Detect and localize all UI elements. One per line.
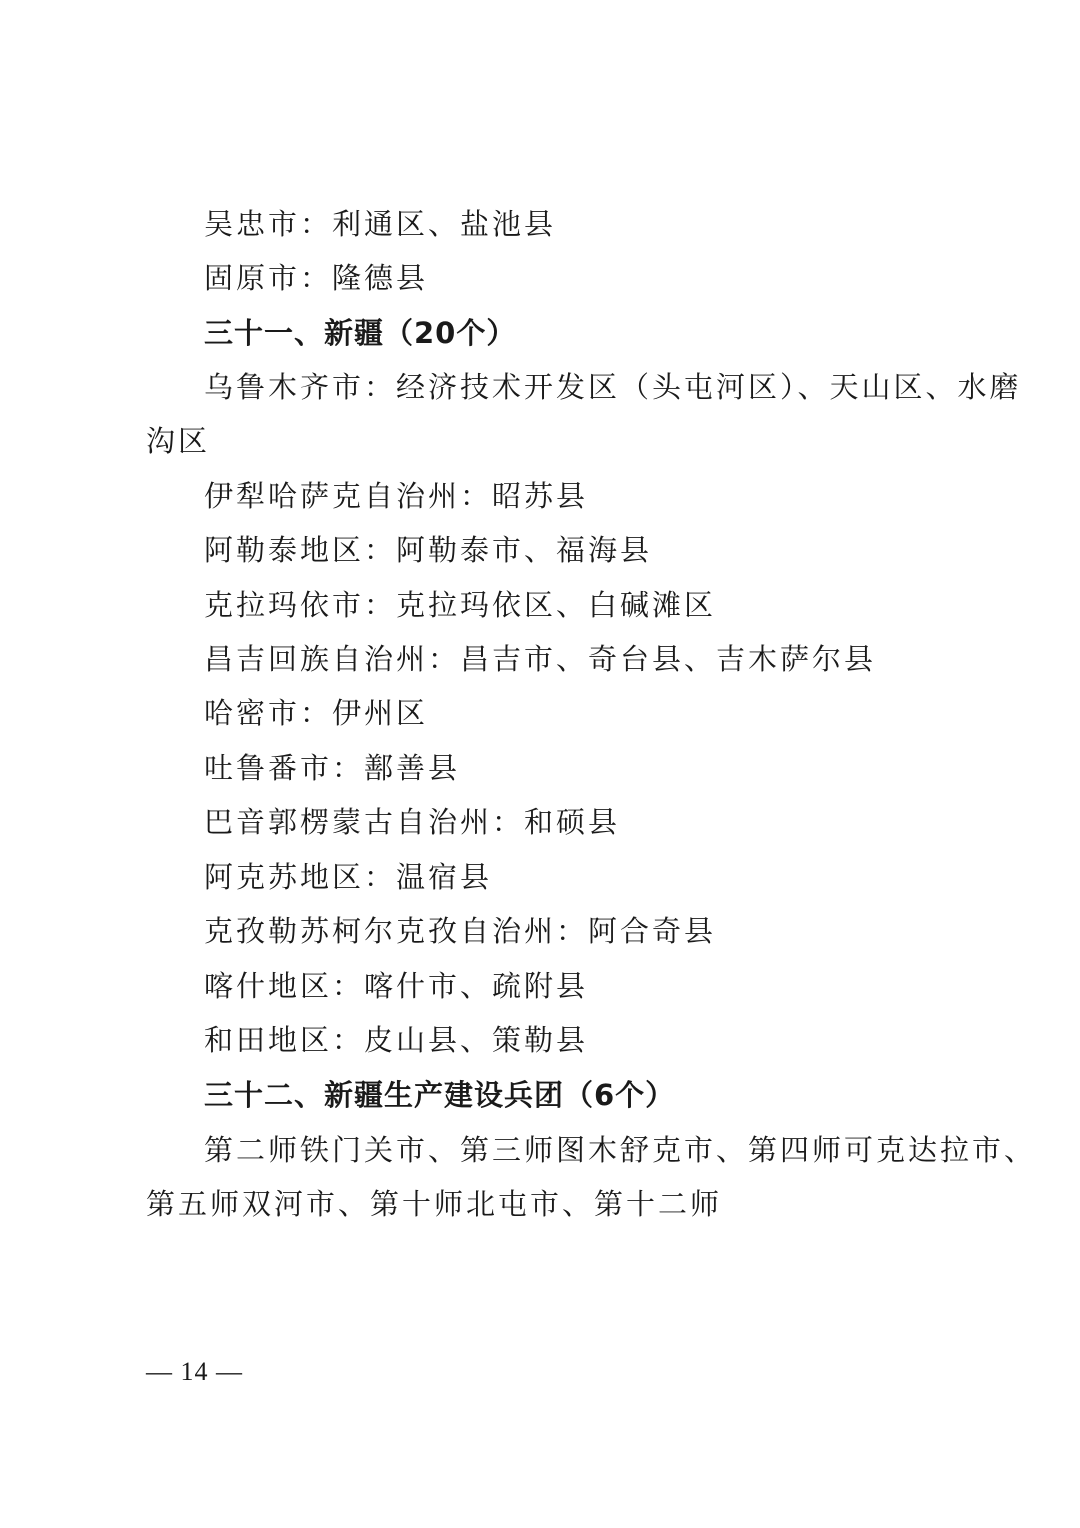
section-heading-xinjiang: 三十一、新疆（20个）: [204, 316, 1014, 350]
list-item-kashgar: 喀什地区：喀什市、疏附县: [204, 969, 1014, 1003]
list-item-aksu: 阿克苏地区：温宿县: [204, 860, 1014, 894]
list-item-xpcc-divisions-continuation: 第五师双河市、第十师北屯市、第十二师: [146, 1187, 956, 1221]
list-item-ili: 伊犁哈萨克自治州：昭苏县: [204, 479, 1014, 513]
list-item-hami: 哈密市：伊州区: [204, 696, 1014, 730]
list-item-hotan: 和田地区：皮山县、策勒县: [204, 1023, 1014, 1057]
list-item-altay: 阿勒泰地区：阿勒泰市、福海县: [204, 533, 1014, 567]
document-page: 吴忠市：利通区、盐池县 固原市：隆德县 三十一、新疆（20个） 乌鲁木齐市：经济…: [0, 0, 1080, 1528]
list-item-urumqi-continuation: 沟区: [146, 424, 956, 458]
list-item-karamay: 克拉玛依市：克拉玛依区、白碱滩区: [204, 588, 1014, 622]
list-item-turpan: 吐鲁番市：鄯善县: [204, 751, 1014, 785]
list-item-wuzhong: 吴忠市：利通区、盐池县: [204, 207, 1014, 241]
list-item-kizilsu: 克孜勒苏柯尔克孜自治州：阿合奇县: [204, 914, 1014, 948]
list-item-xpcc-divisions: 第二师铁门关市、第三师图木舒克市、第四师可克达拉市、: [204, 1133, 1014, 1167]
list-item-changji: 昌吉回族自治州：昌吉市、奇台县、吉木萨尔县: [204, 642, 1014, 676]
list-item-urumqi: 乌鲁木齐市：经济技术开发区（头屯河区）、天山区、水磨: [204, 370, 1014, 404]
section-heading-xpcc: 三十二、新疆生产建设兵团（6个）: [204, 1078, 1014, 1112]
page-number: — 14 —: [146, 1357, 243, 1387]
list-item-bayingolin: 巴音郭楞蒙古自治州：和硕县: [204, 805, 1014, 839]
list-item-guyuan: 固原市：隆德县: [204, 261, 1014, 295]
